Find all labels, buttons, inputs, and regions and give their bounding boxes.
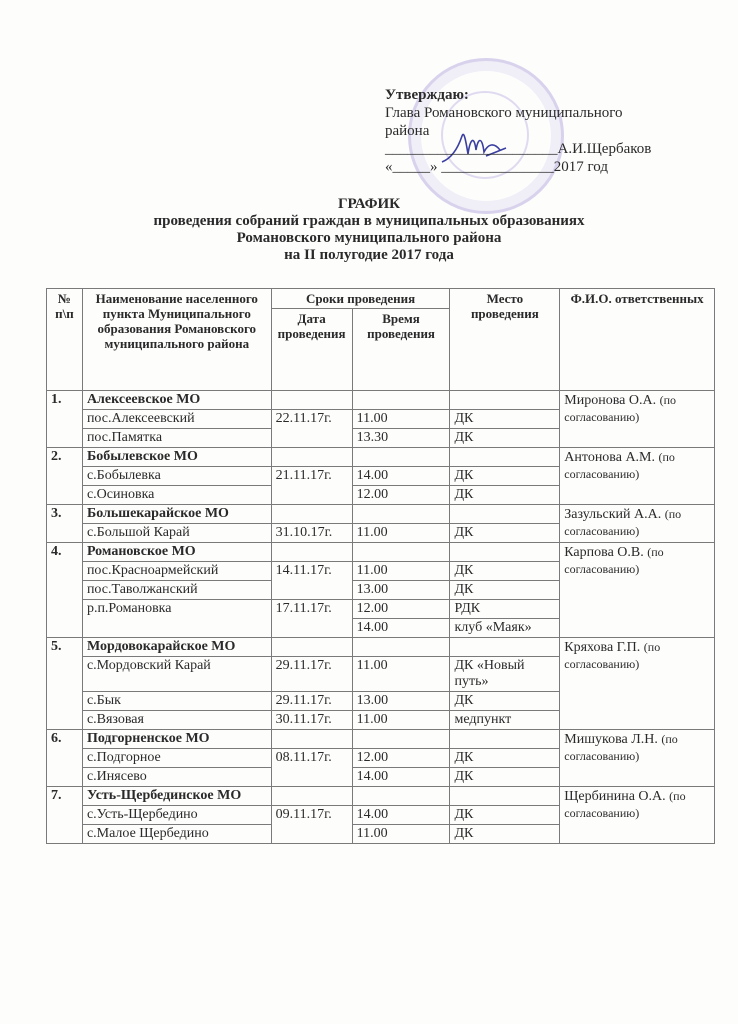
municipality-name: Подгорненское МО [82,730,271,749]
time-cell: 11.00 [352,825,450,844]
settlement-cell: пос.Красноармейский [82,562,271,581]
empty-cell [271,505,352,524]
responsible-cell: Миронова О.А. (по согласованию) [560,391,715,448]
responsible-name: Миронова О.А. [564,393,656,408]
header-num: № п\п [47,289,83,391]
empty-cell [352,448,450,467]
empty-cell [352,730,450,749]
place-cell: ДК [450,524,560,543]
empty-cell [271,730,352,749]
date-cell: 29.11.17г. [271,657,352,692]
empty-cell [352,505,450,524]
place-cell: ДК [450,692,560,711]
empty-cell [352,391,450,410]
header-date: Дата проведения [271,309,352,391]
empty-cell [352,543,450,562]
place-cell: медпункт [450,711,560,730]
date-cell: 08.11.17г. [271,749,352,787]
empty-cell [450,638,560,657]
document-title: ГРАФИК проведения собраний граждан в мун… [0,196,738,264]
settlement-cell: с.Осиновка [82,486,271,505]
empty-cell [271,543,352,562]
row-number: 5. [47,638,83,730]
empty-cell [271,787,352,806]
place-cell: ДК [450,562,560,581]
place-cell: ДК «Новый путь» [450,657,560,692]
empty-cell [271,638,352,657]
responsible-cell: Зазульский А.А. (по согласованию) [560,505,715,543]
municipality-name: Мордовокарайское МО [82,638,271,657]
row-number: 2. [47,448,83,505]
approval-heading: Утверждаю: [385,86,685,104]
settlement-cell: с.Большой Карай [82,524,271,543]
row-number: 3. [47,505,83,543]
time-cell: 12.00 [352,600,450,619]
place-cell: ДК [450,806,560,825]
empty-cell [352,787,450,806]
empty-cell [352,638,450,657]
time-cell: 14.00 [352,619,450,638]
place-cell: ДК [450,749,560,768]
settlement-cell: пос.Алексеевский [82,410,271,429]
date-cell: 30.11.17г. [271,711,352,730]
date-cell: 29.11.17г. [271,692,352,711]
time-cell: 11.00 [352,711,450,730]
settlement-cell: пос.Памятка [82,429,271,448]
responsible-name: Антонова А.М. [564,450,655,465]
row-number: 1. [47,391,83,448]
settlement-cell: с.Бобылевка [82,467,271,486]
approval-date-line: «_____» _______________2017 год [385,158,685,176]
time-cell: 14.00 [352,806,450,825]
schedule-table: № п\п Наименование населенного пункта Му… [46,288,715,844]
header-name: Наименование населенного пункта Муниципа… [82,289,271,391]
settlement-cell: с.Мордовский Карай [82,657,271,692]
settlement-cell: с.Инясево [82,768,271,787]
empty-cell [450,505,560,524]
settlement-cell: с.Бык [82,692,271,711]
row-number: 6. [47,730,83,787]
header-time: Время проведения [352,309,450,391]
settlement-cell: с.Малое Щербедино [82,825,271,844]
time-cell: 11.00 [352,657,450,692]
responsible-cell: Мишукова Л.Н. (по согласованию) [560,730,715,787]
table-row-municipality: 6.Подгорненское МОМишукова Л.Н. (по согл… [47,730,715,749]
time-cell: 13.30 [352,429,450,448]
responsible-name: Мишукова Л.Н. [564,732,658,747]
settlement-cell: р.п.Романовка [82,600,271,638]
date-cell: 31.10.17г. [271,524,352,543]
place-cell: РДК [450,600,560,619]
time-cell: 13.00 [352,692,450,711]
place-cell: ДК [450,581,560,600]
empty-cell [271,391,352,410]
responsible-cell: Кряхова Г.П. (по согласованию) [560,638,715,730]
place-cell: ДК [450,768,560,787]
header-place: Место проведения [450,289,560,391]
responsible-name: Щербинина О.А. [564,789,665,804]
empty-cell [450,730,560,749]
header-terms: Сроки проведения [271,289,450,309]
responsible-name: Кряхова Г.П. [564,640,640,655]
time-cell: 11.00 [352,524,450,543]
row-number: 7. [47,787,83,844]
time-cell: 13.00 [352,581,450,600]
time-cell: 14.00 [352,467,450,486]
settlement-cell: с.Вязовая [82,711,271,730]
date-cell: 09.11.17г. [271,806,352,844]
approval-position-line1: Глава Романовского муниципального [385,104,685,122]
responsible-cell: Карпова О.В. (по согласованию) [560,543,715,638]
responsible-cell: Щербинина О.А. (по согласованию) [560,787,715,844]
table-row-municipality: 4.Романовское МОКарпова О.В. (по согласо… [47,543,715,562]
row-number: 4. [47,543,83,638]
empty-cell [450,543,560,562]
responsible-name: Карпова О.В. [564,545,643,560]
empty-cell [271,448,352,467]
title-line4: на II полугодие 2017 года [0,247,738,264]
municipality-name: Бобылевское МО [82,448,271,467]
municipality-name: Романовское МО [82,543,271,562]
time-cell: 14.00 [352,768,450,787]
place-cell: ДК [450,410,560,429]
place-cell: ДК [450,467,560,486]
empty-cell [450,448,560,467]
date-cell: 14.11.17г. [271,562,352,600]
table-row-municipality: 1.Алексеевское МОМиронова О.А. (по согла… [47,391,715,410]
municipality-name: Алексеевское МО [82,391,271,410]
settlement-cell: с.Подгорное [82,749,271,768]
time-cell: 11.00 [352,410,450,429]
date-cell: 21.11.17г. [271,467,352,505]
responsible-name: Зазульский А.А. [564,507,661,522]
time-cell: 11.00 [352,562,450,581]
table-row-municipality: 2.Бобылевское МОАнтонова А.М. (по соглас… [47,448,715,467]
approval-signature-line: _______________________А.И.Щербаков [385,140,685,158]
municipality-name: Усть-Щербединское МО [82,787,271,806]
schedule-body: 1.Алексеевское МОМиронова О.А. (по согла… [47,391,715,844]
responsible-cell: Антонова А.М. (по согласованию) [560,448,715,505]
date-cell: 17.11.17г. [271,600,352,638]
approval-block: Утверждаю: Глава Романовского муниципаль… [385,86,685,176]
place-cell: ДК [450,825,560,844]
table-row-municipality: 3.Большекарайское МОЗазульский А.А. (по … [47,505,715,524]
time-cell: 12.00 [352,749,450,768]
empty-cell [450,787,560,806]
place-cell: ДК [450,429,560,448]
date-cell: 22.11.17г. [271,410,352,448]
table-row-municipality: 7.Усть-Щербединское МОЩербинина О.А. (по… [47,787,715,806]
empty-cell [450,391,560,410]
settlement-cell: пос.Таволжанский [82,581,271,600]
municipality-name: Большекарайское МО [82,505,271,524]
title-line3: Романовского муниципального района [0,230,738,247]
header-responsible: Ф.И.О. ответственных [560,289,715,391]
place-cell: клуб «Маяк» [450,619,560,638]
time-cell: 12.00 [352,486,450,505]
title-main: ГРАФИК [0,196,738,213]
settlement-cell: с.Усть-Щербедино [82,806,271,825]
title-line2: проведения собраний граждан в муниципаль… [0,213,738,230]
place-cell: ДК [450,486,560,505]
approval-position-line2: района [385,122,685,140]
table-row-municipality: 5.Мордовокарайское МОКряхова Г.П. (по со… [47,638,715,657]
